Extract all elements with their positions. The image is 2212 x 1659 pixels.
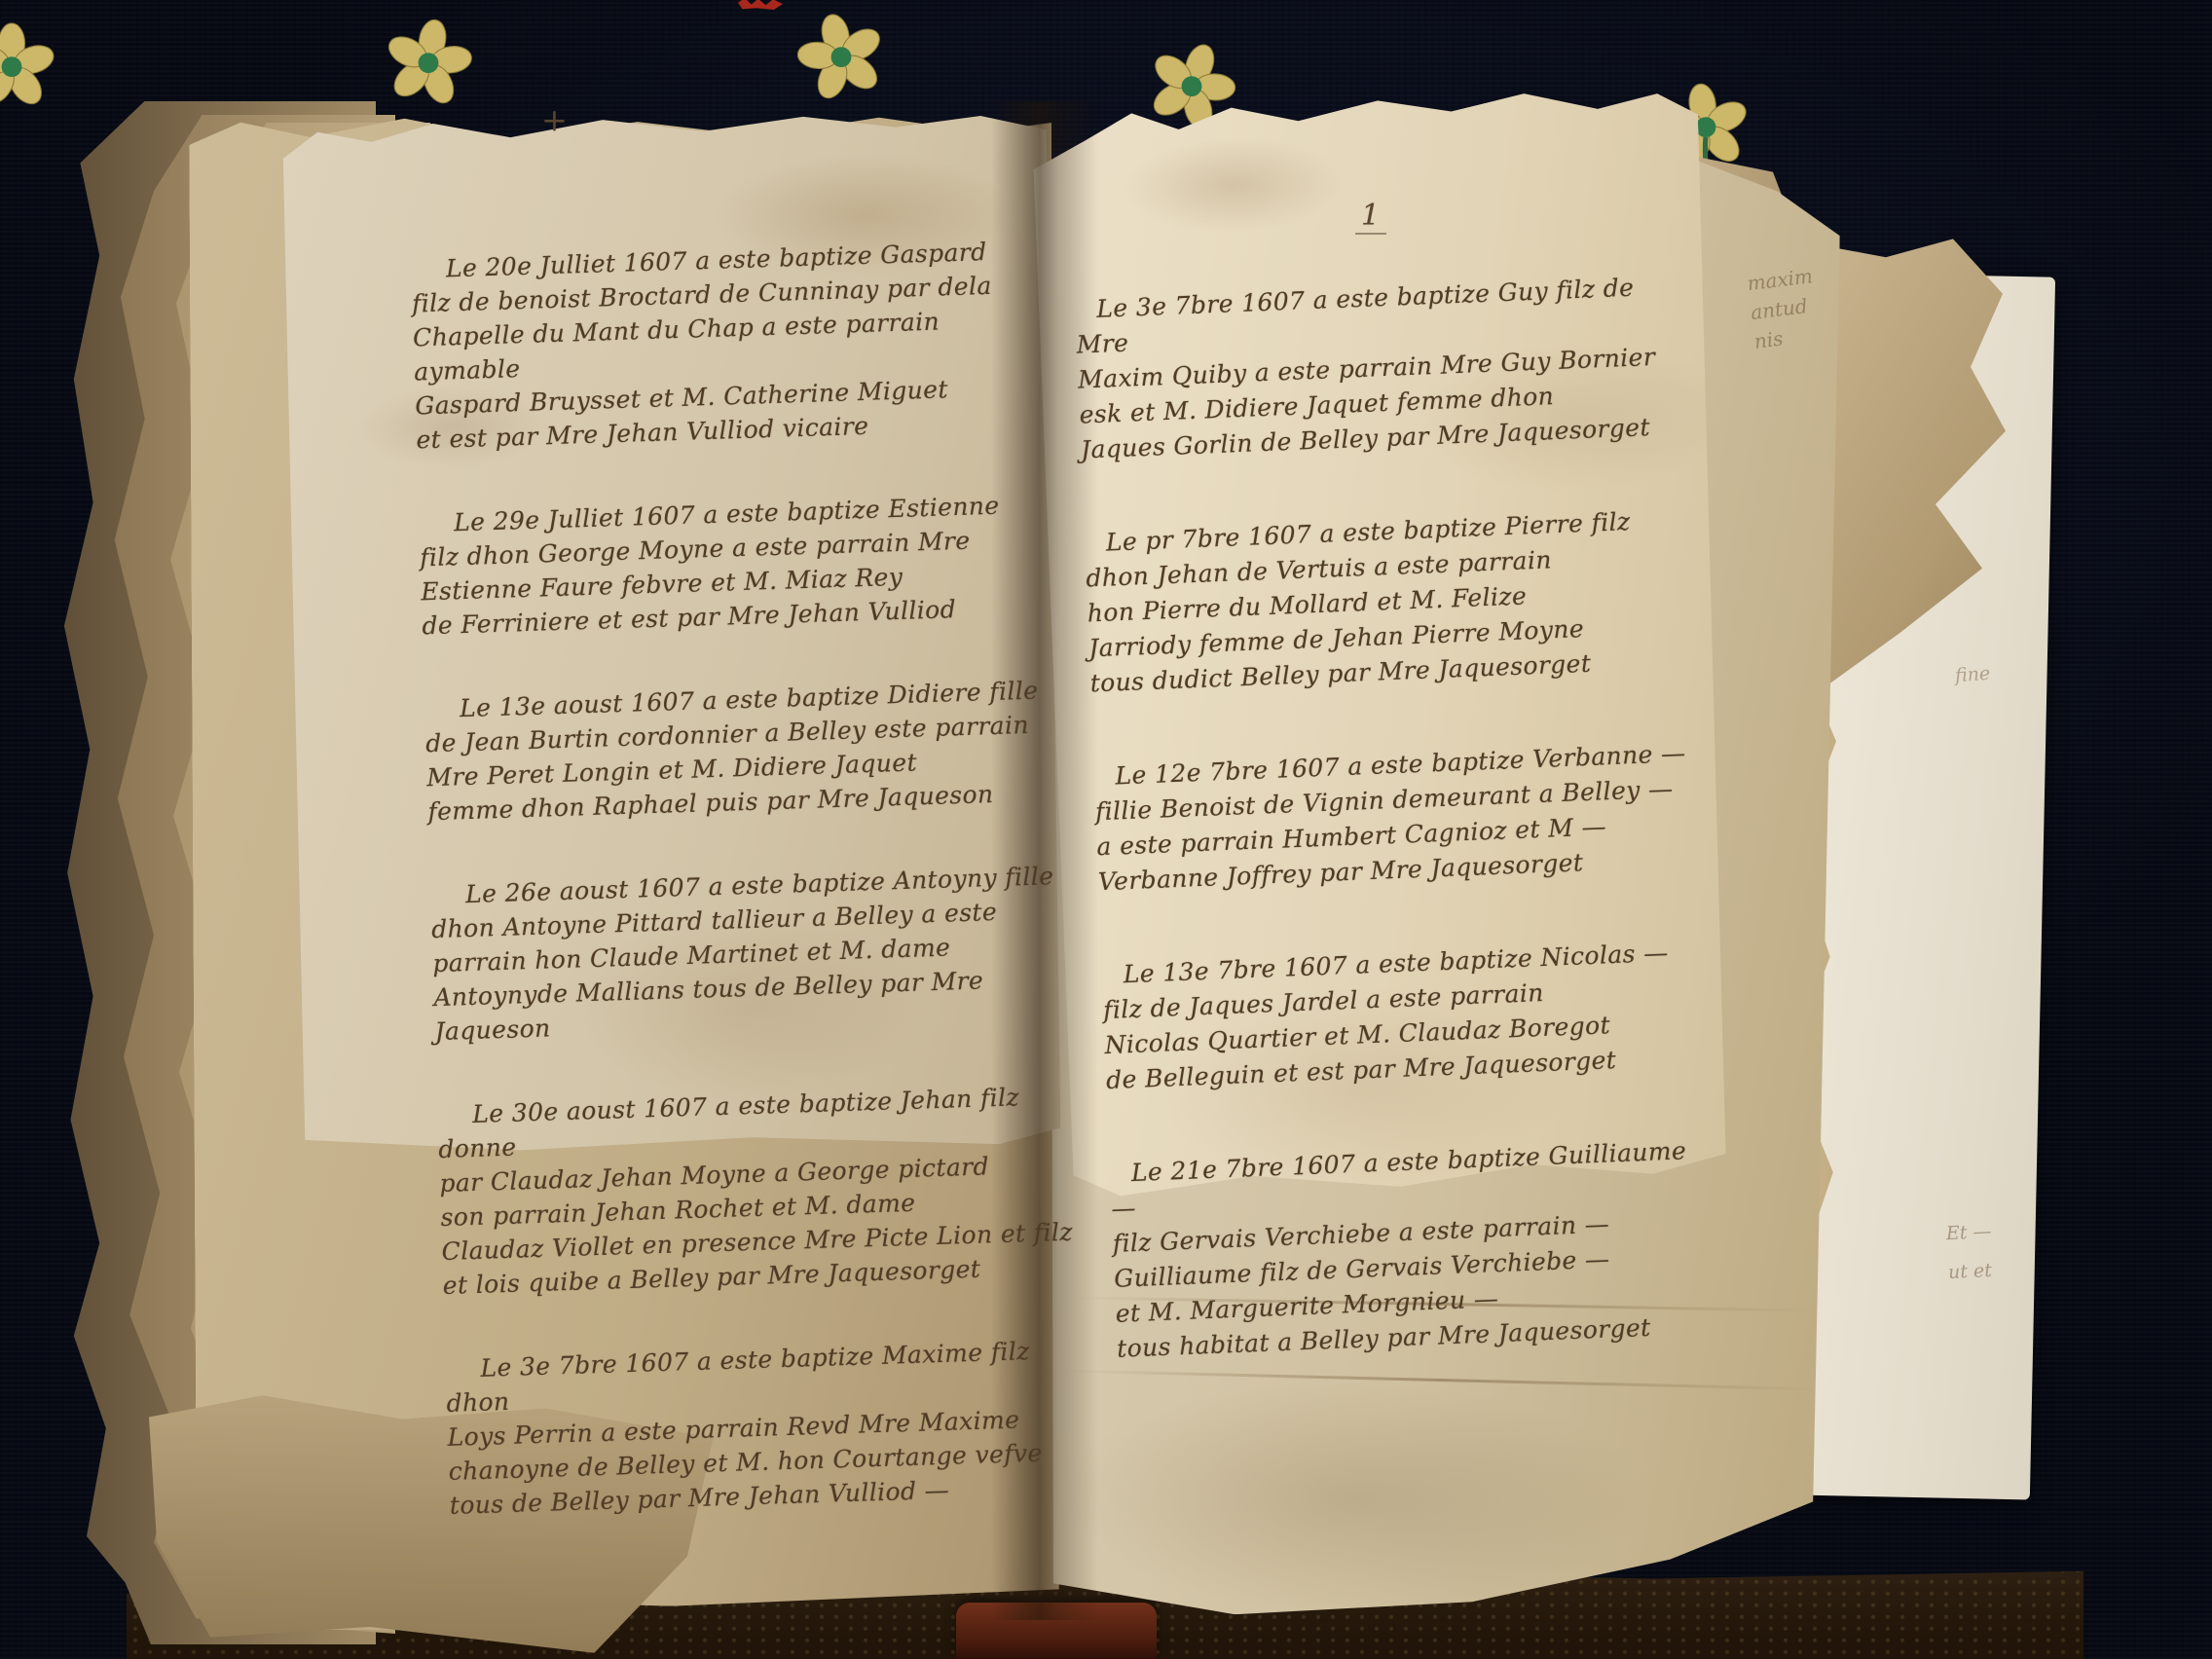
baptism-entry: Le 13e 7bre 1607 a este baptize Nicolas …	[1101, 935, 1702, 1098]
baptism-entry: Le 13e aoust 1607 a este baptize Didiere…	[424, 673, 1061, 829]
baptism-entry: Le 3e 7bre 1607 a este baptize Maxime fi…	[445, 1333, 1083, 1523]
baptism-entry: Le 12e 7bre 1607 a este baptize Verbanne…	[1093, 736, 1694, 900]
flower-embroidery-icon	[0, 19, 62, 134]
right-folio-number: 1	[1355, 199, 1386, 235]
left-page-text: Le 20e Julliet 1607 a este baptize Gaspa…	[409, 199, 1084, 1572]
left-folio-mark: +	[541, 101, 568, 138]
baptism-entry: Le 26e aoust 1607 a este baptize Antoyny…	[430, 859, 1068, 1049]
baptism-entry: Le 20e Julliet 1607 a este baptize Gaspa…	[410, 233, 1049, 457]
flower-embroidery-icon	[378, 16, 479, 130]
baptism-entry: Le 3e 7bre 1607 a este baptize Guy filz …	[1075, 269, 1677, 467]
right-page-text: Le 3e 7bre 1607 a este baptize Guy filz …	[1073, 234, 1715, 1425]
baptism-entry: Le 30e aoust 1607 a este baptize Jehan f…	[437, 1079, 1076, 1303]
red-stitch-detail	[738, 0, 783, 10]
baptism-entry: Le 29e Julliet 1607 a este baptize Estie…	[419, 487, 1055, 643]
marginal-note-fragment: maxim antud nis	[1746, 261, 1822, 356]
flower-embroidery-icon	[791, 10, 892, 125]
marginal-note-fragment: Et — ut et	[1945, 1212, 1995, 1292]
marginal-note-fragment: fine	[1954, 663, 1991, 686]
baptism-entry: Le 21e 7bre 1607 a este baptize Guilliau…	[1109, 1132, 1713, 1366]
manuscript-register-photo: + 1 Le 20e Julliet 1607 a este baptize G…	[0, 0, 2212, 1659]
baptism-entry: Le pr 7bre 1607 a este baptize Pierre fi…	[1084, 502, 1686, 701]
